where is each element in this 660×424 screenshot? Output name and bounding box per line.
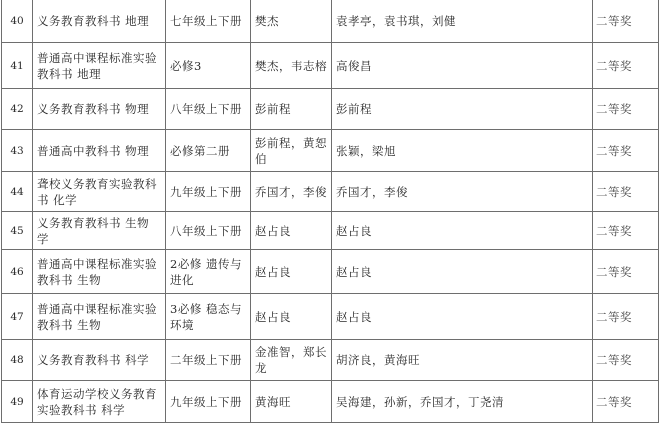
volume: 二年级上下册 <box>166 340 251 381</box>
row-number: 48 <box>2 340 33 381</box>
textbook-title: 义务教育教科书 地理 <box>33 0 166 43</box>
award-level: 二等奖 <box>593 294 659 340</box>
volume: 必修3 <box>166 43 251 89</box>
table-row: 44 聋校义务教育实验教科书 化学 九年级上下册 乔国才，李俊 乔国才，李俊 二… <box>2 172 659 212</box>
chief-editors: 赵占良 <box>251 294 332 340</box>
textbook-title: 义务教育教科书 科学 <box>33 340 166 381</box>
row-number: 44 <box>2 172 33 212</box>
authors: 赵占良 <box>332 250 593 294</box>
table-row: 49 体育运动学校义务教育实验教科书 科学 九年级上下册 黄海旺 吴海建，孙新，… <box>2 381 659 423</box>
row-number: 40 <box>2 0 33 43</box>
award-level: 二等奖 <box>593 381 659 423</box>
authors: 乔国才，李俊 <box>332 172 593 212</box>
row-number: 41 <box>2 43 33 89</box>
volume: 3必修 稳态与环境 <box>166 294 251 340</box>
textbook-title: 体育运动学校义务教育实验教科书 科学 <box>33 381 166 423</box>
award-level: 二等奖 <box>593 340 659 381</box>
table-row: 47 普通高中课程标准实验教科书 生物 3必修 稳态与环境 赵占良 赵占良 二等… <box>2 294 659 340</box>
table-row: 43 普通高中教科书 物理 必修第二册 彭前程，黄恕伯 张颖，梁旭 二等奖 <box>2 130 659 172</box>
authors: 袁孝亭，袁书琪，刘健 <box>332 0 593 43</box>
row-number: 43 <box>2 130 33 172</box>
table-row: 41 普通高中课程标准实验教科书 地理 必修3 樊杰，韦志榕 高俊昌 二等奖 <box>2 43 659 89</box>
chief-editors: 彭前程 <box>251 89 332 130</box>
volume: 2必修 遗传与进化 <box>166 250 251 294</box>
volume: 九年级上下册 <box>166 381 251 423</box>
chief-editors: 彭前程，黄恕伯 <box>251 130 332 172</box>
row-number: 42 <box>2 89 33 130</box>
award-level: 二等奖 <box>593 212 659 250</box>
textbook-title: 普通高中课程标准实验教科书 地理 <box>33 43 166 89</box>
authors: 彭前程 <box>332 89 593 130</box>
authors: 高俊昌 <box>332 43 593 89</box>
authors: 吴海建，孙新，乔国才，丁尧清 <box>332 381 593 423</box>
chief-editors: 赵占良 <box>251 212 332 250</box>
authors: 赵占良 <box>332 212 593 250</box>
award-table: 40 义务教育教科书 地理 七年级上下册 樊杰 袁孝亭，袁书琪，刘健 二等奖 4… <box>1 0 659 423</box>
textbook-title: 普通高中课程标准实验教科书 生物 <box>33 294 166 340</box>
chief-editors: 樊杰，韦志榕 <box>251 43 332 89</box>
authors: 胡济良，黄海旺 <box>332 340 593 381</box>
award-level: 二等奖 <box>593 0 659 43</box>
award-level: 二等奖 <box>593 172 659 212</box>
authors: 赵占良 <box>332 294 593 340</box>
award-level: 二等奖 <box>593 130 659 172</box>
volume: 九年级上下册 <box>166 172 251 212</box>
table-row: 42 义务教育教科书 物理 八年级上下册 彭前程 彭前程 二等奖 <box>2 89 659 130</box>
textbook-title: 普通高中课程标准实验教科书 生物 <box>33 250 166 294</box>
volume: 必修第二册 <box>166 130 251 172</box>
volume: 八年级上下册 <box>166 89 251 130</box>
chief-editors: 赵占良 <box>251 250 332 294</box>
row-number: 45 <box>2 212 33 250</box>
award-level: 二等奖 <box>593 250 659 294</box>
chief-editors: 金准智，郑长龙 <box>251 340 332 381</box>
row-number: 49 <box>2 381 33 423</box>
table-row: 40 义务教育教科书 地理 七年级上下册 樊杰 袁孝亭，袁书琪，刘健 二等奖 <box>2 0 659 43</box>
award-level: 二等奖 <box>593 89 659 130</box>
row-number: 46 <box>2 250 33 294</box>
textbook-title: 聋校义务教育实验教科书 化学 <box>33 172 166 212</box>
volume: 七年级上下册 <box>166 0 251 43</box>
textbook-title: 义务教育教科书 生物学 <box>33 212 166 250</box>
chief-editors: 乔国才，李俊 <box>251 172 332 212</box>
table-row: 45 义务教育教科书 生物学 八年级上下册 赵占良 赵占良 二等奖 <box>2 212 659 250</box>
authors: 张颖，梁旭 <box>332 130 593 172</box>
award-level: 二等奖 <box>593 43 659 89</box>
textbook-title: 普通高中教科书 物理 <box>33 130 166 172</box>
row-number: 47 <box>2 294 33 340</box>
table-row: 46 普通高中课程标准实验教科书 生物 2必修 遗传与进化 赵占良 赵占良 二等… <box>2 250 659 294</box>
chief-editors: 黄海旺 <box>251 381 332 423</box>
volume: 八年级上下册 <box>166 212 251 250</box>
table-row: 48 义务教育教科书 科学 二年级上下册 金准智，郑长龙 胡济良，黄海旺 二等奖 <box>2 340 659 381</box>
textbook-title: 义务教育教科书 物理 <box>33 89 166 130</box>
chief-editors: 樊杰 <box>251 0 332 43</box>
